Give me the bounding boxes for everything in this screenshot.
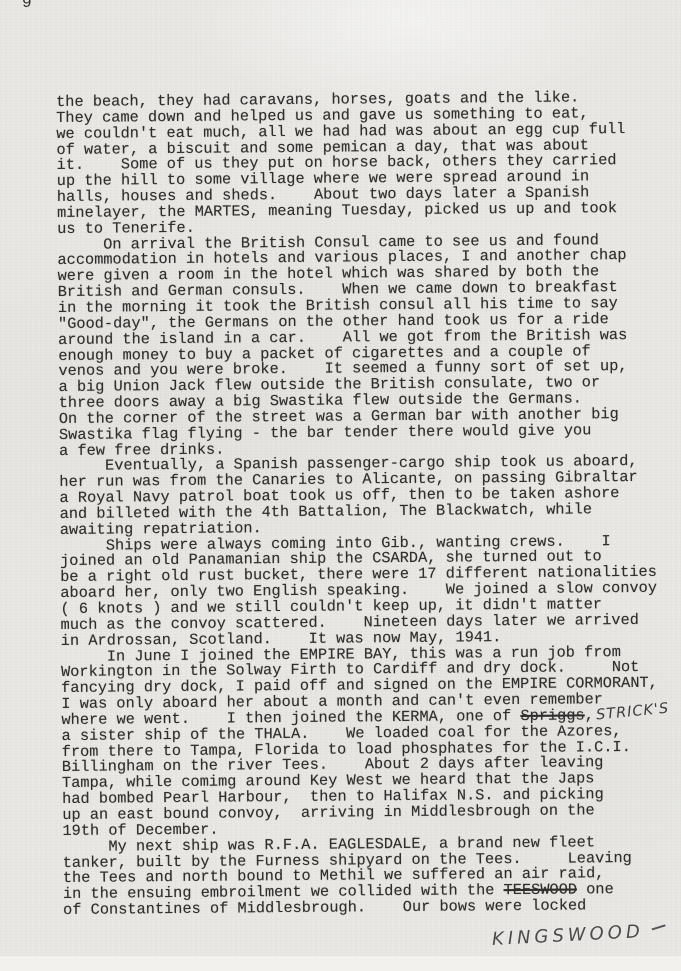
paragraph: Ships were always coming into Gib., want…	[60, 533, 670, 649]
handwritten-annotation-text: KINGSWOOD	[491, 921, 644, 950]
paragraph: In June I joined the EMPIRE BAY, this wa…	[61, 644, 671, 839]
paragraph: Eventually, a Spanish passenger-cargo sh…	[59, 454, 668, 539]
paragraph: the beach, they had caravans, horses, go…	[56, 90, 666, 238]
document-text: the beach, they had caravans, horses, go…	[56, 90, 672, 919]
pen-stroke	[652, 924, 666, 930]
paragraph: My next ship was R.F.A. EAGLESDALE, a br…	[62, 834, 671, 919]
page-number: 9	[22, 0, 32, 12]
paragraph: On arrival the British Consul came to se…	[57, 232, 668, 459]
handwritten-annotation-kingswood: KINGSWOOD	[491, 920, 667, 950]
text-line: of Constantines of Middlesbrough. Our bo…	[63, 898, 672, 919]
scan-bottom-edge	[0, 955, 681, 971]
scanned-page: 9 the beach, they had caravans, horses, …	[0, 0, 681, 971]
